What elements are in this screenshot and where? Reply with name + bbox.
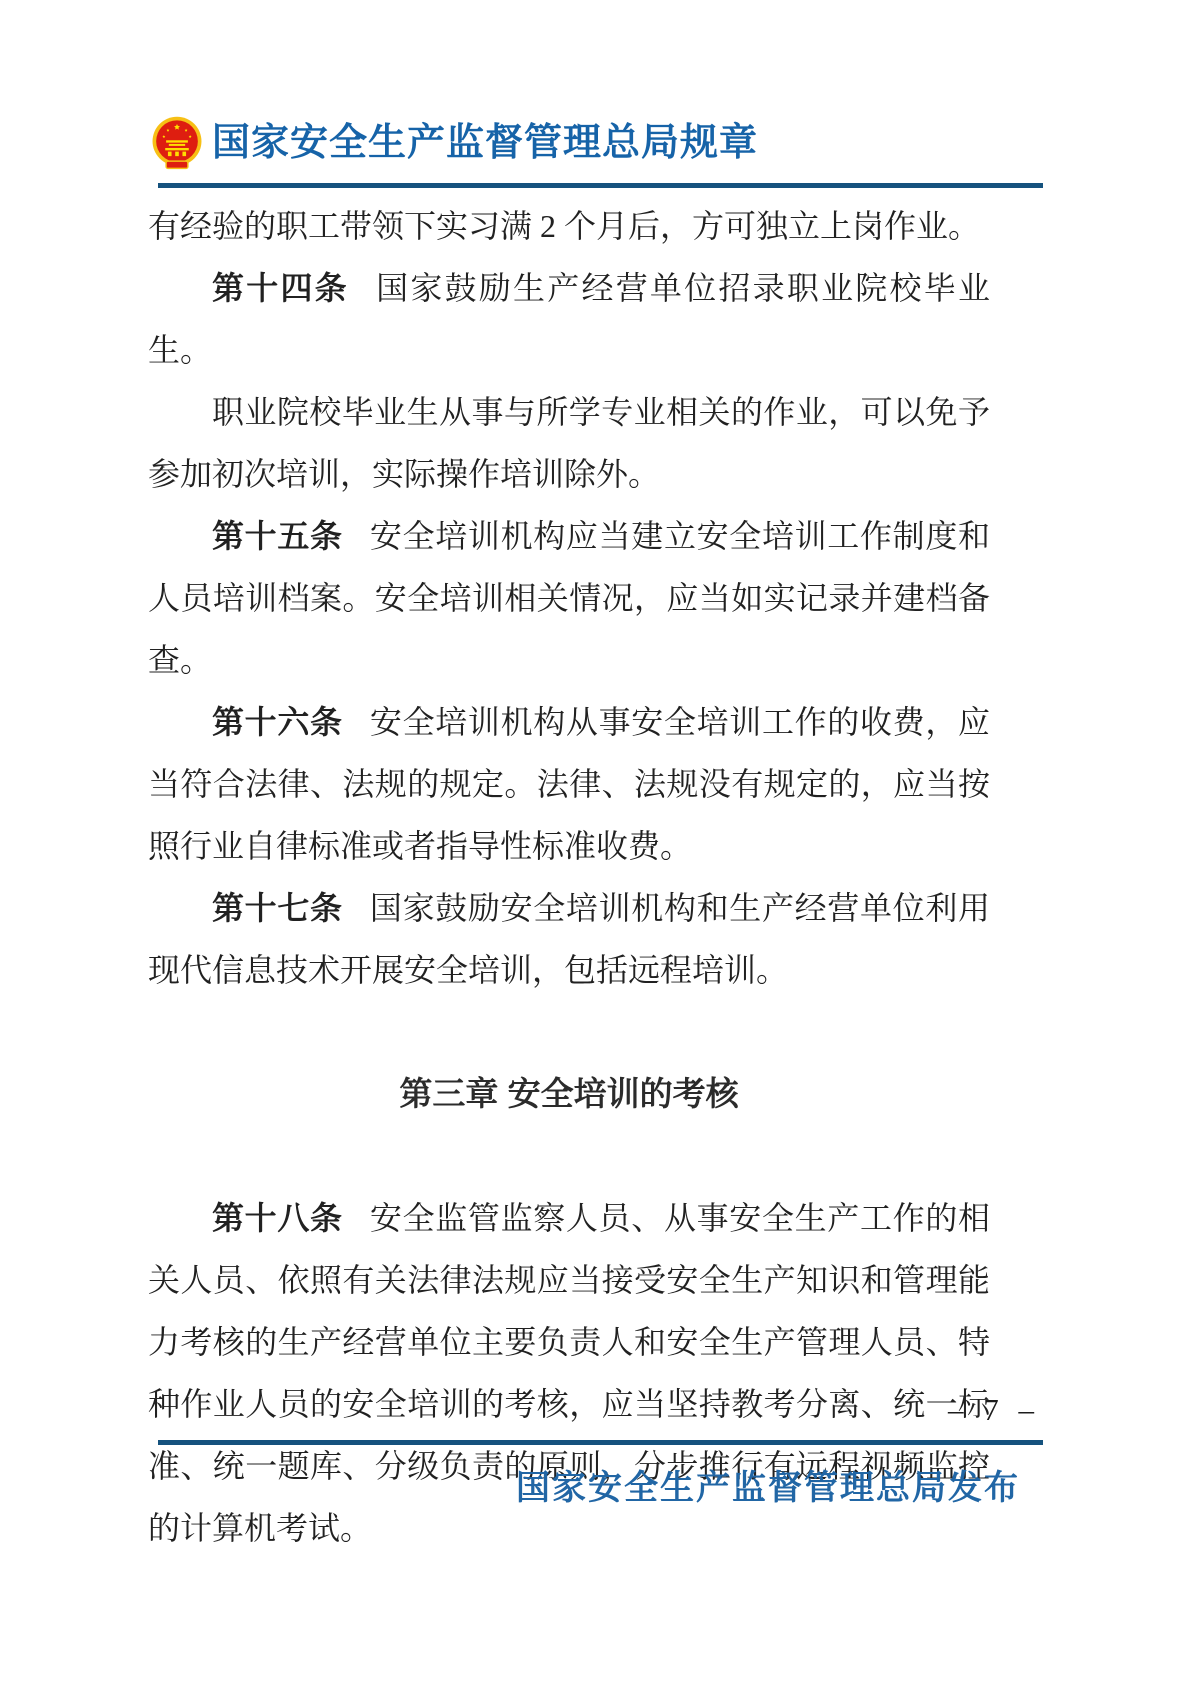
article-number: 第十四条	[212, 270, 349, 306]
body-paragraph: 有经验的职工带领下实习满 2 个月后，方可独立上岗作业。	[148, 195, 990, 257]
page-header: 国家安全生产监督管理总局规章	[148, 114, 1043, 172]
article-number: 第十七条	[212, 890, 343, 926]
article-number: 第十六条	[212, 704, 343, 740]
article-paragraph: 第十六条安全培训机构从事安全培训工作的收费，应当符合法律、法规的规定。法律、法规…	[148, 691, 990, 877]
page-number: – 7 –	[948, 1392, 1040, 1428]
page-title: 国家安全生产监督管理总局规章	[212, 114, 758, 172]
article-number: 第十五条	[212, 518, 343, 554]
body-paragraph: 职业院校毕业生从事与所学专业相关的作业，可以免予参加初次培训，实际操作培训除外。	[148, 381, 990, 505]
national-emblem-icon	[148, 114, 206, 172]
document-body: 有经验的职工带领下实习满 2 个月后，方可独立上岗作业。第十四条国家鼓励生产经营…	[148, 195, 990, 1559]
publisher-label: 国家安全生产监督管理总局发布	[516, 1466, 1020, 1512]
article-paragraph: 第十七条国家鼓励安全培训机构和生产经营单位利用现代信息技术开展安全培训，包括远程…	[148, 877, 990, 1001]
chapter-heading: 第三章 安全培训的考核	[148, 1063, 990, 1125]
article-paragraph: 第十五条安全培训机构应当建立安全培训工作制度和人员培训档案。安全培训相关情况，应…	[148, 505, 990, 691]
article-paragraph: 第十四条国家鼓励生产经营单位招录职业院校毕业生。	[148, 257, 990, 381]
header-divider	[158, 183, 1043, 188]
footer-divider	[158, 1440, 1043, 1445]
document-page: 国家安全生产监督管理总局规章 有经验的职工带领下实习满 2 个月后，方可独立上岗…	[0, 0, 1190, 1683]
article-number: 第十八条	[212, 1200, 343, 1236]
